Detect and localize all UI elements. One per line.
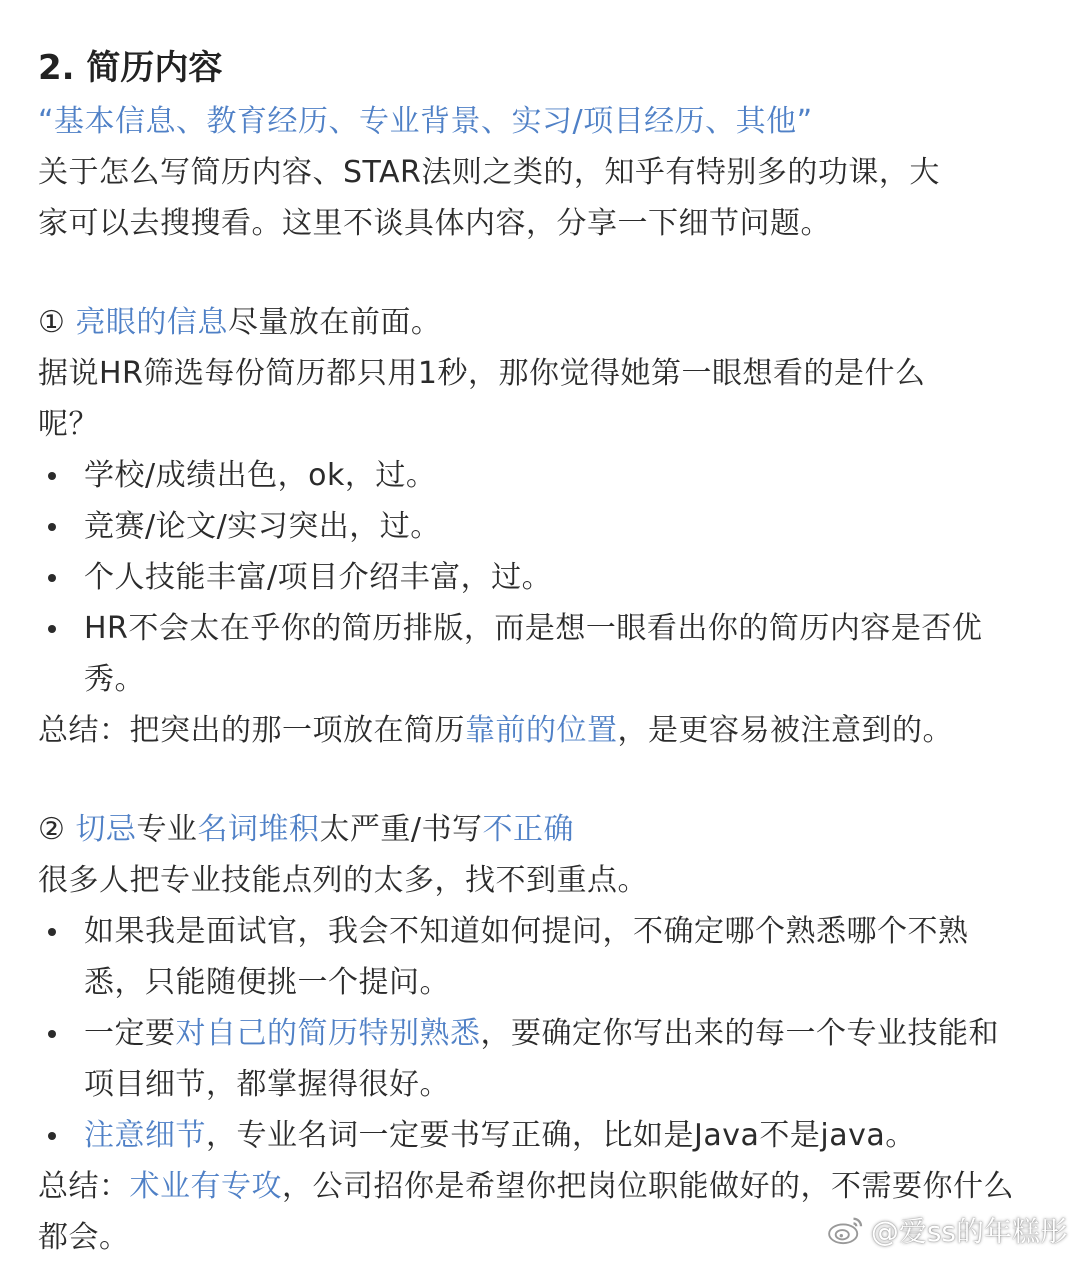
weibo-icon (827, 1215, 865, 1245)
point1-heading: ① 亮眼的信息尽量放在前面。 (38, 297, 1050, 348)
intro-line-2: 家可以去搜搜看。这里不谈具体内容，分享一下细节问题。 (38, 198, 1050, 249)
point2-bullet-list: 如果我是面试官，我会不知道如何提问，不确定哪个熟悉哪个不熟悉，只能随便挑一个提问… (38, 906, 1050, 1161)
list-item: 竞赛/论文/实习突出，过。 (38, 501, 1050, 552)
point1-summary-highlight: 靠前的位置 (465, 713, 618, 748)
section-title: 2. 简历内容 (38, 42, 1050, 96)
list-item: 个人技能丰富/项目介绍丰富，过。 (38, 552, 1050, 603)
section-subtitle: “基本信息、教育经历、专业背景、实习/项目经历、其他” (38, 96, 1050, 147)
point1-summary: 总结：把突出的那一项放在简历靠前的位置，是更容易被注意到的。 (38, 705, 1050, 756)
list-item: 如果我是面试官，我会不知道如何提问，不确定哪个熟悉哪个不熟悉，只能随便挑一个提问… (38, 906, 1010, 1008)
point1-marker: ① (38, 305, 75, 340)
watermark-text: @爱ss的年糕彤 (871, 1210, 1068, 1250)
bullet-icon (48, 1030, 56, 1038)
list-item: 注意细节，专业名词一定要书写正确，比如是Java不是java。 (38, 1110, 1010, 1161)
point1-bullet-list: 学校/成绩出色，ok，过。 竞赛/论文/实习突出，过。 个人技能丰富/项目介绍丰… (38, 450, 1050, 705)
bullet-icon (48, 625, 56, 633)
watermark: @爱ss的年糕彤 (827, 1210, 1068, 1250)
bullet-icon (48, 472, 56, 480)
point2-marker: ② (38, 812, 75, 847)
list-item: 一定要对自己的简历特别熟悉，要确定你写出来的每一个专业技能和项目细节，都掌握得很… (38, 1008, 1010, 1110)
point2-heading: ② 切忌专业名词堆积太严重/书写不正确 (38, 804, 1050, 855)
bullet-icon (48, 523, 56, 531)
list-item: 学校/成绩出色，ok，过。 (38, 450, 1050, 501)
intro-line-1: 关于怎么写简历内容、STAR法则之类的，知乎有特别多的功课，大 (38, 147, 1050, 198)
point1-desc-line-1: 据说HR筛选每份简历都只用1秒，那你觉得她第一眼想看的是什么 (38, 348, 1050, 399)
bullet-icon (48, 928, 56, 936)
list-item: HR不会太在乎你的简历排版，而是想一眼看出你的简历内容是否优秀。 (38, 603, 1050, 705)
point2-summary-highlight: 术业有专攻 (130, 1169, 283, 1204)
point1-desc-line-2: 呢？ (38, 399, 1050, 450)
bullet-icon (48, 574, 56, 582)
point1-heading-highlight: 亮眼的信息 (75, 305, 228, 340)
point2-desc: 很多人把专业技能点列的太多，找不到重点。 (38, 855, 1050, 906)
article: 2. 简历内容 “基本信息、教育经历、专业背景、实习/项目经历、其他” 关于怎么… (38, 42, 1050, 1263)
point1-heading-text: 尽量放在前面。 (228, 305, 442, 340)
bullet-icon (48, 1132, 56, 1140)
